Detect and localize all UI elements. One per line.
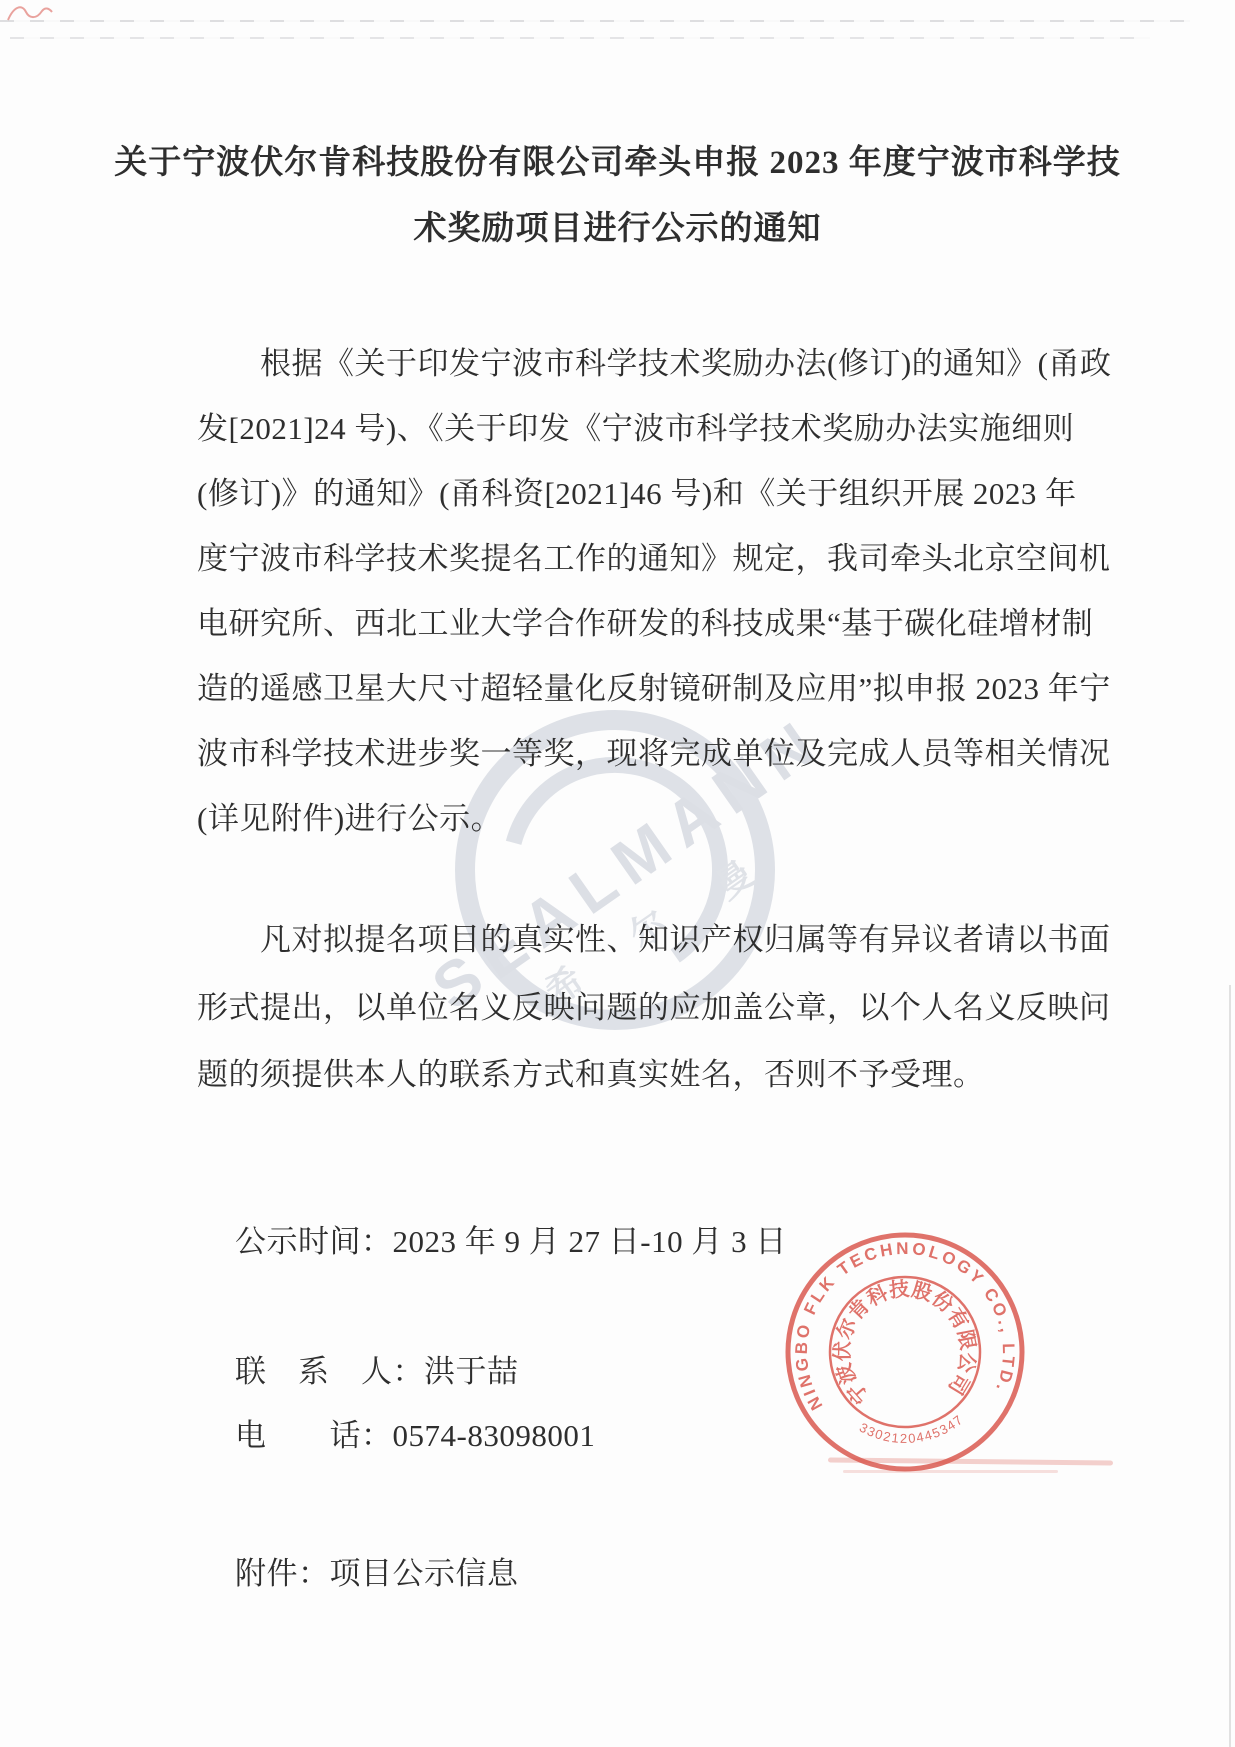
publicity-period-value: 2023 年 9 月 27 日-10 月 3 日 [393,1224,787,1259]
body-line: 形式提出，以单位名义反映问题的应加盖公章，以个人名义反映问 [197,990,1082,1026]
scan-artifact-line [0,20,1190,22]
body-line: 波市科学技术进步奖一等奖，现将完成单位及完成人员等相关情况 [197,736,1082,772]
document-title-line: 关于宁波伏尔肯科技股份有限公司牵头申报 2023 年度宁波市科学技 [0,145,1235,183]
phone-number: 0574-83098001 [393,1418,596,1453]
publicity-period-label: 公示时间： [235,1224,393,1259]
attachment-line: 附件：项目公示信息 [202,1520,1087,1627]
body-line: 凡对拟提名项目的真实性、知识产权归属等有异议者请以书面 [197,922,1145,958]
seal-chinese-name: 宁波伏尔肯科技股份有限公司 [824,1271,984,1411]
body-line: (修订)》的通知》(甬科资[2021]46 号)和《关于组织开展 2023 年 [197,476,1082,512]
company-seal: NINGBO FLK TECHNOLOGY CO., LTD. 宁波伏尔肯科技股… [780,1227,1030,1477]
seal-ink-smudge [843,1470,1058,1473]
watermark-cjk-char: 曼 [704,847,763,909]
body-line: 发[2021]24 号)、《关于印发《宁波市科学技术奖励办法实施细则 [197,411,1082,447]
phone-label: 电 话： [235,1418,393,1453]
document-title-line: 术奖励项目进行公示的通知 [0,211,1235,249]
document-page: SEALMANN 希 尔 曼 关于宁波伏尔肯科技股份有限公司牵头申报 2023 … [0,0,1235,1747]
seal-registration-number: 3302120445347 [856,1411,968,1451]
scan-artifact-line [10,37,1150,39]
seal-english-text: NINGBO FLK TECHNOLOGY CO., LTD. [782,1229,1022,1415]
body-line: 根据《关于印发宁波市科学技术奖励办法(修订)的通知》(甬政 [197,346,1145,382]
scan-edge-line [1229,985,1231,1747]
attachment-value: 项目公示信息 [330,1556,519,1591]
body-line: 度宁波市科学技术奖提名工作的通知》规定，我司牵头北京空间机 [197,541,1082,577]
body-line: 造的遥感卫星大尺寸超轻量化反射镜研制及应用”拟申报 2023 年宁 [197,671,1082,707]
red-pen-scribble [6,2,56,30]
body-line: (详见附件)进行公示。 [197,801,1082,837]
body-line: 电研究所、西北工业大学合作研发的科技成果“基于碳化硅增材制 [197,606,1082,642]
body-line: 题的须提供本人的联系方式和真实姓名，否则不予受理。 [197,1057,1082,1093]
attachment-label: 附件： [235,1556,330,1591]
